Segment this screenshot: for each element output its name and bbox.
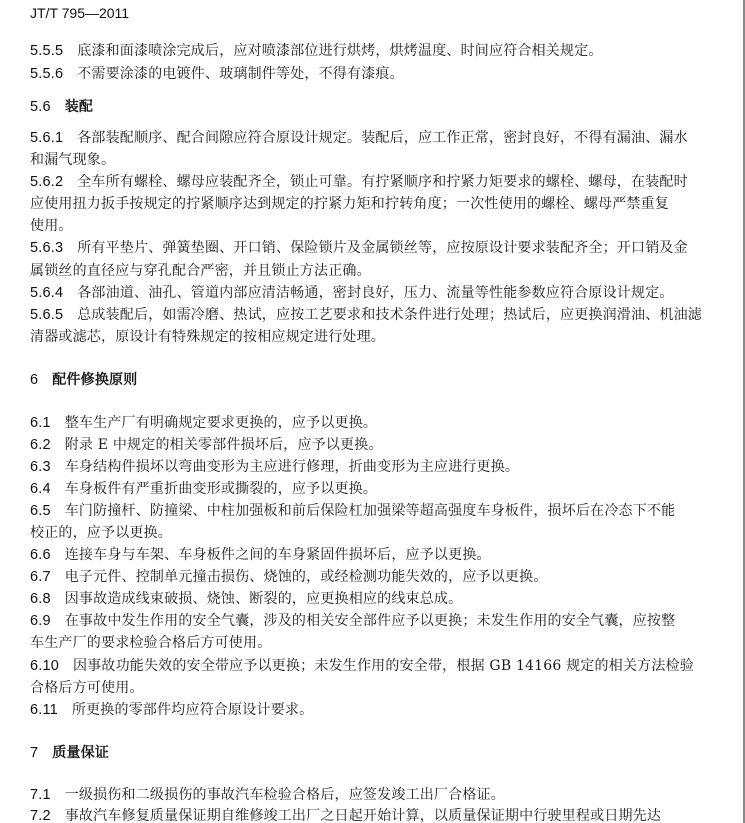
section-heading-5-6: 5.6 装配 [30, 97, 685, 117]
clause-6-5: 6.5 车门防撞杆、防撞梁、中柱加强板和前后保险杠加强梁等超高强度车身板件，损坏… [30, 501, 685, 521]
clause-6-7: 6.7 电子元件、控制单元撞击损伤、烧蚀的，或经检测功能失效的，应予以更换。 [30, 567, 685, 587]
clause-5-6-2-cont: 应使用扭力扳手按规定的拧紧顺序达到规定的拧紧力矩和拧转角度；一次性使用的螺栓、螺… [30, 194, 685, 214]
clause-5-5-5: 5.5.5 底漆和面漆喷涂完成后，应对喷漆部位进行烘烤，烘烤温度、时间应符合相关… [30, 41, 685, 61]
clause-6-8: 6.8 因事故造成线束破损、烧蚀、断裂的，应更换相应的线束总成。 [30, 589, 685, 609]
clause-6-3: 6.3 车身结构件损坏以弯曲变形为主应进行修理，折曲变形为主应进行更换。 [30, 457, 685, 477]
clause-7-2: 7.2 事故汽车修复质量保证期自维修竣工出厂之日起开始计算，以质量保证期中行驶里… [30, 806, 685, 823]
clause-5-6-1: 5.6.1 各部装配顺序、配合间隙应符合原设计规定。装配后，应工作正常，密封良好… [30, 128, 685, 148]
clause-6-10: 6.10 因事故功能失效的安全带应予以更换；未发生作用的安全带，根据 GB 14… [30, 656, 685, 676]
section-heading-6: 6 配件修换原则 [30, 370, 685, 390]
clause-6-6: 6.6 连接车身与车架、车身板件之间的车身紧固件损坏后，应予以更换。 [30, 545, 685, 565]
clause-6-9-cont: 车生产厂的要求检验合格后方可使用。 [30, 633, 685, 653]
clause-5-6-5: 5.6.5 总成装配后，如需冷磨、热试，应按工艺要求和技术条件进行处理；热试后，… [30, 305, 685, 325]
clause-7-1: 7.1 一级损伤和二级损伤的事故汽车检验合格后，应签发竣工出厂合格证。 [30, 785, 685, 805]
clause-5-6-4: 5.6.4 各部油道、油孔、管道内部应清洁畅通，密封良好，压力、流量等性能参数应… [30, 283, 685, 303]
section-heading-7: 7 质量保证 [30, 743, 685, 763]
clause-5-6-2: 5.6.2 全车所有螺栓、螺母应装配齐全，锁止可靠。有拧紧顺序和拧紧力矩要求的螺… [30, 172, 685, 192]
clause-6-2: 6.2 附录 E 中规定的相关零部件损坏后，应予以更换。 [30, 435, 685, 455]
document-header-id: JT/T 795—2011 [30, 5, 129, 21]
clause-5-6-2-cont2: 使用。 [30, 216, 685, 236]
clause-5-6-1-cont: 和漏气现象。 [30, 150, 685, 170]
clause-6-11: 6.11 所更换的零部件均应符合原设计要求。 [30, 700, 685, 720]
clause-6-1: 6.1 整车生产厂有明确规定要求更换的，应予以更换。 [30, 413, 685, 433]
clause-6-10-cont: 合格后方可使用。 [30, 678, 685, 698]
clause-5-6-3-cont: 属锁丝的直径应与穿孔配合严密，并且锁止方法正确。 [30, 261, 685, 281]
clause-6-4: 6.4 车身板件有严重折曲变形或撕裂的，应予以更换。 [30, 479, 685, 499]
clause-6-9: 6.9 在事故中发生作用的安全气囊，涉及的相关安全部件应予以更换；未发生作用的安… [30, 611, 685, 631]
clause-5-6-5-cont: 清器或滤芯，原设计有特殊规定的按相应规定进行处理。 [30, 327, 685, 347]
clause-5-5-6: 5.5.6 不需要涂漆的电镀件、玻璃制件等处，不得有漆痕。 [30, 64, 685, 84]
clause-6-5-cont: 校正的，应予以更换。 [30, 523, 685, 543]
clause-5-6-3: 5.6.3 所有平垫片、弹簧垫圈、开口销、保险锁片及金属锁丝等，应按原设计要求装… [30, 238, 685, 258]
